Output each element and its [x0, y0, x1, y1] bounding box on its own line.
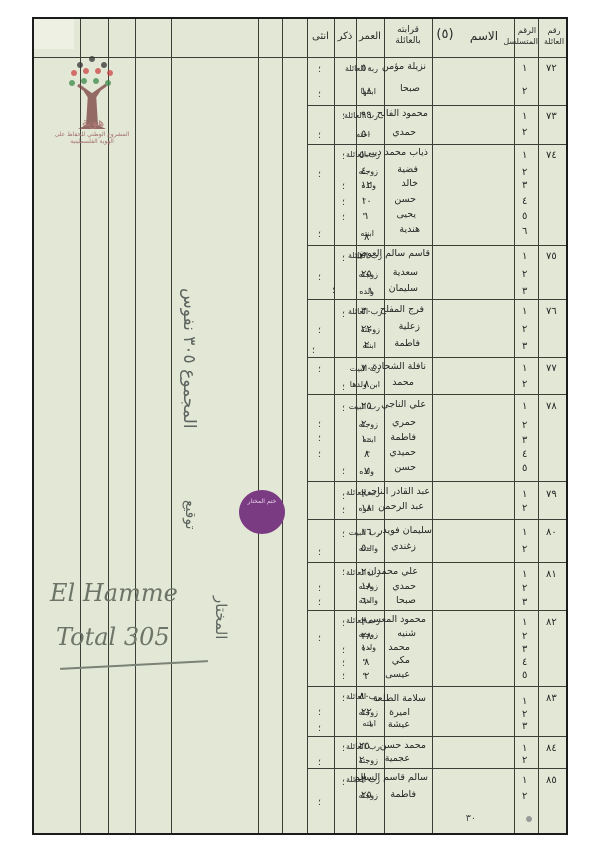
member-name: سلامة الطلعة — [373, 693, 426, 704]
family-number: ٧٨ — [546, 401, 557, 412]
member-age: ٢ — [364, 340, 369, 351]
member-serial: ٥ — [522, 463, 527, 474]
family-rule — [307, 519, 566, 520]
female-tick: ؛ — [318, 327, 321, 336]
member-age: ٣٠ — [361, 306, 372, 317]
column-rule — [514, 19, 515, 833]
female-tick: ؛ — [318, 435, 321, 444]
header-age: العمر — [356, 31, 384, 42]
female-tick: ؛ — [318, 451, 321, 460]
member-serial: ٣ — [522, 180, 527, 191]
member-age: ١٠ — [361, 196, 372, 207]
header-name: الاسم — [454, 31, 514, 42]
male-tick: ؛ — [342, 531, 345, 540]
member-name: فاطمة — [390, 432, 416, 443]
female-tick: ؛ — [318, 66, 321, 75]
header-family-no: رقم العائلة — [540, 25, 568, 47]
column-rule — [432, 19, 433, 833]
member-age: ٨ — [364, 449, 369, 460]
member-name: صبحا — [396, 595, 416, 606]
family-number: ٨١ — [546, 569, 557, 580]
member-name: حسن — [394, 194, 416, 205]
female-tick: ؛ — [318, 585, 321, 594]
member-serial: ١ — [522, 306, 527, 317]
female-tick: ؛ — [318, 799, 321, 808]
member-serial: ٢ — [522, 631, 527, 642]
member-age: ١٠ — [361, 643, 372, 654]
member-age: ٦٠ — [361, 596, 372, 607]
member-serial: ١ — [522, 251, 527, 262]
signature-note: توقيع — [182, 459, 198, 529]
member-name: نزيلة مؤمن — [382, 61, 426, 72]
member-serial: ٣ — [522, 721, 527, 732]
female-tick: ؛ — [318, 421, 321, 430]
member-age: ١٠ — [361, 434, 372, 445]
mukhtar-signature: المختار — [212, 549, 230, 639]
male-tick: ؛ — [342, 199, 345, 208]
member-age: ٢٥ — [361, 269, 372, 280]
member-serial: ١ — [522, 401, 527, 412]
member-serial: ٤ — [522, 449, 527, 460]
member-age: ٣٠ — [361, 617, 372, 628]
member-serial: ٦ — [522, 226, 527, 237]
logo-name: هوية — [68, 115, 118, 129]
column-rule — [356, 19, 357, 833]
member-age: ٢٢ — [361, 707, 372, 718]
family-number: ٧٧ — [546, 363, 557, 374]
male-tick: ؛ — [332, 287, 335, 296]
member-name: صبحا — [400, 83, 420, 94]
member-age: ٢٨ — [361, 631, 372, 642]
family-number: ٧٩ — [546, 489, 557, 500]
member-serial: ٢ — [522, 420, 527, 431]
family-rule — [307, 768, 566, 769]
family-number: ٨٠ — [546, 527, 557, 538]
male-tick: ؛ — [342, 153, 345, 162]
member-age: ٥٠ — [359, 150, 370, 161]
member-age: ١ — [364, 211, 369, 222]
family-rule — [307, 610, 566, 611]
member-serial: ١ — [522, 363, 527, 374]
member-serial: ١ — [522, 489, 527, 500]
page-number: (٥) — [432, 29, 458, 40]
male-tick: ؛ — [342, 183, 345, 192]
header-male: ذكر — [334, 31, 356, 42]
column-rule — [538, 19, 539, 833]
member-serial: ٣ — [522, 597, 527, 608]
member-serial: ١ — [522, 527, 527, 538]
member-serial: ١ — [522, 743, 527, 754]
female-tick: ؛ — [318, 91, 321, 100]
member-name: عيشة — [388, 719, 410, 730]
member-serial: ٢ — [522, 709, 527, 720]
female-tick: ؛ — [318, 231, 321, 240]
female-tick: ؛ — [318, 366, 321, 375]
member-name: عجمية — [385, 753, 410, 764]
member-age: ١ — [368, 286, 373, 297]
member-serial: ٢ — [522, 324, 527, 335]
male-tick: ؛ — [342, 311, 345, 320]
family-rule — [307, 481, 566, 482]
member-name: عيسى — [385, 669, 410, 680]
member-age: ٥٠ — [361, 543, 372, 554]
female-tick: ؛ — [318, 635, 321, 644]
family-rule — [307, 299, 566, 300]
header-serial: الرقم المتسلسل — [516, 25, 538, 47]
column-rule — [282, 19, 283, 833]
member-serial: ٥ — [522, 670, 527, 681]
member-age: ١ — [368, 719, 373, 730]
member-serial: ١ — [522, 775, 527, 786]
member-name: حميدي — [389, 447, 416, 458]
male-tick: ؛ — [342, 779, 345, 788]
member-name: محمود الفالح — [377, 108, 428, 119]
column-rule — [384, 19, 385, 833]
member-serial: ٢ — [522, 791, 527, 802]
census-page: رقم العائلة الرقم المتسلسل الاسم (٥) قرا… — [32, 17, 568, 835]
member-serial: ١ — [522, 696, 527, 707]
male-tick: ؛ — [342, 647, 345, 656]
member-age: ٨ — [364, 232, 369, 243]
member-serial: ١ — [522, 617, 527, 628]
member-name: سليمان فويدر — [378, 525, 432, 536]
member-name: فرج المفلح — [380, 304, 424, 315]
member-name: محمد — [392, 377, 414, 388]
family-rule — [307, 562, 566, 563]
male-tick: ؛ — [342, 493, 345, 502]
member-serial: ١ — [522, 111, 527, 122]
member-serial: ٢ — [522, 86, 527, 97]
family-number: ٨٣ — [546, 693, 557, 704]
family-number: ٧٦ — [546, 306, 557, 317]
column-rule — [334, 19, 335, 833]
member-age: ٥٠ — [361, 63, 372, 74]
column-rule — [135, 19, 136, 833]
member-serial: ٢ — [522, 503, 527, 514]
footer-mark: ٣٠ — [466, 813, 476, 824]
male-tick: ؛ — [342, 673, 345, 682]
member-age: ١٨ — [361, 503, 372, 514]
member-age: ١٨ — [361, 86, 372, 97]
member-age: ٨٠ — [359, 691, 370, 702]
family-number: ٧٣ — [546, 111, 557, 122]
member-age: ٨ — [364, 379, 369, 390]
female-tick: ؛ — [318, 171, 321, 180]
member-serial: ٣ — [522, 286, 527, 297]
family-number: ٧٤ — [546, 150, 557, 161]
family-rule — [307, 245, 566, 246]
family-rule — [307, 105, 566, 106]
member-name: فاطمة — [390, 789, 416, 800]
member-serial: ١ — [522, 63, 527, 74]
member-name: زغندي — [391, 541, 416, 552]
member-serial: ٢ — [522, 167, 527, 178]
member-age: ٢ — [364, 671, 369, 682]
member-serial: ٢ — [522, 269, 527, 280]
family-number: ٧٥ — [546, 251, 557, 262]
family-rule — [307, 394, 566, 395]
male-tick: ؛ — [342, 214, 345, 223]
column-rule — [307, 19, 308, 833]
member-age: ٢٠ — [361, 567, 372, 578]
male-tick: ؛ — [342, 695, 345, 704]
member-serial: ٢ — [522, 544, 527, 555]
member-age: ٢٢ — [361, 324, 372, 335]
arabic-total-note: المجموع ٣٠٥ نفوس — [179, 209, 199, 429]
member-serial: ٤ — [522, 196, 527, 207]
member-age: ٢٥ — [361, 790, 372, 801]
member-name: حمري — [392, 417, 416, 428]
female-tick: ؛ — [318, 599, 321, 608]
male-tick: ؛ — [342, 113, 345, 122]
member-age: ٢٥ — [359, 741, 370, 752]
female-tick: ؛ — [318, 725, 321, 734]
member-name: علي الناجي — [381, 399, 426, 410]
member-name: هندية — [399, 224, 420, 235]
header-female: انثى — [307, 31, 334, 42]
member-age: ١٢ — [361, 180, 372, 191]
member-serial: ٣ — [522, 341, 527, 352]
male-tick: ؛ — [342, 468, 345, 477]
male-tick: ؛ — [342, 620, 345, 629]
female-tick: ؛ — [318, 132, 321, 141]
member-name: خالد — [401, 178, 418, 189]
male-tick: ؛ — [342, 745, 345, 754]
member-age: ٨ — [364, 657, 369, 668]
member-name: محمد حسن — [380, 740, 426, 751]
member-serial: ١ — [522, 150, 527, 161]
member-name: اميرة — [389, 707, 410, 718]
male-tick: ؛ — [342, 405, 345, 414]
family-number: ٨٢ — [546, 617, 557, 628]
family-rule — [307, 686, 566, 687]
male-tick: ؛ — [342, 384, 345, 393]
member-name: حسن — [394, 462, 416, 473]
member-name: نافلة الشحادة — [372, 361, 426, 372]
female-tick: ؛ — [318, 274, 321, 283]
member-name: محمد — [388, 642, 410, 653]
stamp-text: ختم المختار — [245, 498, 279, 505]
member-serial: ٣ — [522, 644, 527, 655]
family-rule — [307, 736, 566, 737]
member-serial: ٢ — [522, 127, 527, 138]
male-tick: ؛ — [342, 255, 345, 264]
logo-caption: المشروع الوطني للحفاظ على الهوية الفلسطي… — [52, 131, 132, 145]
family-number: ٨٥ — [546, 775, 557, 786]
member-age: ١٨ — [361, 581, 372, 592]
male-tick: ؛ — [342, 660, 345, 669]
family-number: ٨٤ — [546, 743, 557, 754]
member-name: عبد الرحمن — [378, 501, 424, 512]
member-age: ٤٠ — [361, 166, 372, 177]
member-name: مكي — [392, 655, 410, 666]
member-serial: ٢ — [522, 755, 527, 766]
member-age: ٢٠ — [359, 251, 370, 262]
member-serial: ٤ — [522, 657, 527, 668]
member-serial: ١ — [522, 569, 527, 580]
member-name: سليمان — [389, 283, 418, 294]
member-serial: ٢ — [522, 583, 527, 594]
column-rule — [171, 19, 172, 833]
english-total-note: Total 305 — [56, 623, 170, 651]
member-age: ٩٩ — [361, 110, 372, 121]
member-serial: ٣ — [522, 435, 527, 446]
member-serial: ٢ — [522, 379, 527, 390]
member-age: ٢٥ — [361, 401, 372, 412]
member-age: ٧٠ — [361, 363, 372, 374]
header-relation: قرابته بالعائلة — [384, 25, 432, 47]
male-tick: ؛ — [342, 507, 345, 516]
member-age: ١٦ — [361, 527, 372, 538]
column-rule — [258, 19, 259, 833]
male-tick: ؛ — [342, 569, 345, 578]
member-age: ٢٠ — [359, 755, 370, 766]
member-name: فاطمة — [394, 338, 420, 349]
female-tick: ؛ — [318, 759, 321, 768]
member-name: حمدي — [392, 581, 416, 592]
female-tick: ؛ — [318, 549, 321, 558]
member-serial: ٥ — [522, 211, 527, 222]
family-rule — [307, 144, 566, 145]
member-age: ٥٠ — [361, 129, 372, 140]
female-tick: ؛ — [318, 709, 321, 718]
seal-stamp: ختم المختار — [239, 490, 285, 534]
female-tick: ؛ — [312, 347, 315, 356]
member-age: ٧ — [364, 466, 369, 477]
member-age: ٣٠ — [361, 775, 372, 786]
english-village-note: El Hamme — [50, 579, 178, 607]
dot-mark — [526, 816, 532, 822]
member-name: سعدية — [393, 267, 418, 278]
member-name: حمدي — [392, 127, 416, 138]
family-rule — [307, 357, 566, 358]
member-name: زعلية — [399, 321, 420, 332]
member-name: شنيه — [397, 628, 416, 639]
pencil-underline — [60, 660, 208, 670]
member-age: ٢٠ — [361, 489, 372, 500]
family-number: ٧٢ — [546, 63, 557, 74]
member-name: يحيى — [396, 209, 416, 220]
member-age: ٢٠ — [361, 419, 372, 430]
member-name: فضية — [397, 164, 418, 175]
